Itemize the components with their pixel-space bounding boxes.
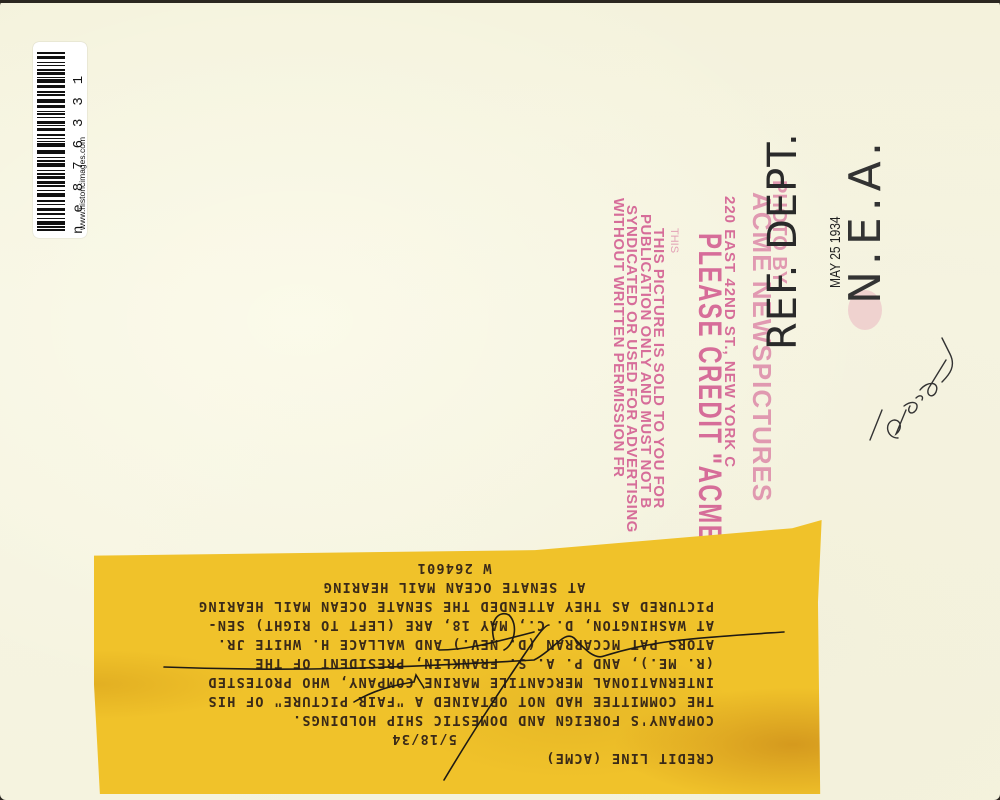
handwritten-note-icon [850, 330, 960, 450]
barcode-icon [37, 52, 65, 232]
stamp-notice-line: WITHOUT WRITTEN PERMISSION FR [610, 198, 627, 477]
stamp-ref-dept: REF. DEPT. [760, 132, 806, 350]
stamp-notice-small: THIS [668, 228, 680, 253]
stamp-credit: PLEASE CREDIT "ACME" [691, 233, 728, 555]
caption-label: CREDIT LINE (ACME) 5/18/34 COMPANY'S FOR… [94, 520, 829, 794]
pencil-markings-icon [94, 520, 829, 794]
scan-edge [0, 0, 1000, 3]
photo-reverse-paper: ne876331 www.historicimages.com PHOTO BY… [0, 0, 1000, 800]
barcode-label: ne876331 www.historicimages.com [33, 42, 87, 238]
stamp-nea: N.E.A. [840, 136, 891, 304]
barcode-url: www.historicimages.com [77, 137, 87, 230]
